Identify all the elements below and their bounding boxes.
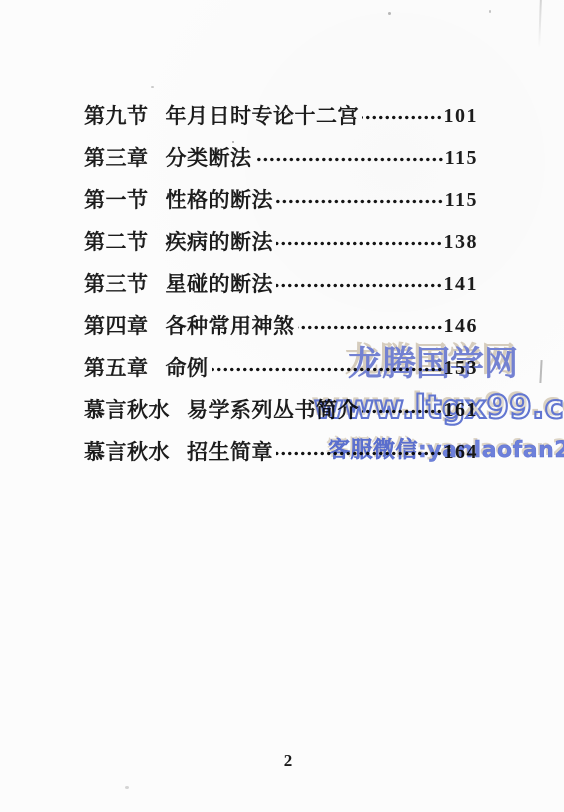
scan-speck — [388, 12, 391, 15]
toc-entry: 第三节 星碰的断法 141 — [84, 262, 478, 304]
dotted-leader — [276, 281, 443, 290]
toc-entry-title: 疾病的断法 — [166, 226, 274, 256]
toc-entry-page: 141 — [444, 273, 479, 296]
dotted-leader — [276, 449, 443, 458]
scan-speck — [232, 141, 234, 143]
toc-entry-label: 慕言秋水 — [84, 436, 170, 466]
toc-entry-label: 第四章 — [84, 310, 149, 340]
toc-entry-title: 星碰的断法 — [166, 268, 274, 298]
toc-entry-page: 115 — [445, 147, 478, 170]
scan-scratch — [539, 360, 542, 383]
toc-entry: 第四章 各种常用神煞 146 — [84, 304, 478, 346]
scan-scratch — [538, 0, 542, 48]
scan-speck — [125, 786, 129, 789]
toc-entry: 第三章 分类断法 115 — [84, 136, 478, 178]
toc-entry-title: 招生简章 — [187, 436, 273, 466]
page-number: 2 — [278, 751, 298, 771]
toc-entry-page: 146 — [444, 315, 479, 338]
toc-entry-title: 各种常用神煞 — [166, 310, 295, 340]
toc-entry-title: 性格的断法 — [166, 184, 274, 214]
toc-entry-label: 第五章 — [84, 352, 149, 382]
toc-entry-page: 138 — [444, 231, 479, 254]
scan-speck — [489, 10, 491, 13]
toc-entry-title: 分类断法 — [166, 142, 252, 172]
dotted-leader — [362, 113, 443, 122]
toc-entry-page: 115 — [445, 189, 478, 212]
toc-entry-label: 第九节 — [84, 100, 149, 130]
toc-entry-label: 第二节 — [84, 226, 149, 256]
dotted-leader — [362, 407, 443, 416]
toc-entry-page: 153 — [444, 357, 479, 380]
toc-entry-page: 161 — [444, 399, 479, 422]
toc-entry: 第五章 命例 153 — [84, 346, 478, 388]
dotted-leader — [276, 197, 444, 206]
toc-entry: 慕言秋水 招生简章 164 — [84, 430, 478, 472]
toc-entry-title: 命例 — [166, 352, 209, 382]
toc-entry-page: 164 — [444, 441, 479, 464]
dotted-leader — [255, 155, 444, 164]
toc-entry-label: 慕言秋水 — [84, 394, 170, 424]
toc-entry: 第一节 性格的断法 115 — [84, 178, 478, 220]
dotted-leader — [212, 365, 443, 374]
toc-entry-title: 易学系列丛书简介 — [187, 394, 359, 424]
scanned-page: 第九节 年月日时专论十二宫 101 第三章 分类断法 115 第一节 性格的断法… — [0, 0, 564, 812]
scan-speck — [151, 86, 154, 88]
toc-entry: 第九节 年月日时专论十二宫 101 — [84, 94, 478, 136]
dotted-leader — [298, 323, 443, 332]
toc-entry-title: 年月日时专论十二宫 — [166, 100, 360, 130]
table-of-contents: 第九节 年月日时专论十二宫 101 第三章 分类断法 115 第一节 性格的断法… — [84, 94, 478, 472]
toc-entry: 第二节 疾病的断法 138 — [84, 220, 478, 262]
toc-entry-label: 第一节 — [84, 184, 149, 214]
toc-entry-label: 第三章 — [84, 142, 149, 172]
dotted-leader — [276, 239, 443, 248]
toc-entry: 慕言秋水 易学系列丛书简介 161 — [84, 388, 478, 430]
toc-entry-page: 101 — [444, 105, 479, 128]
toc-entry-label: 第三节 — [84, 268, 149, 298]
